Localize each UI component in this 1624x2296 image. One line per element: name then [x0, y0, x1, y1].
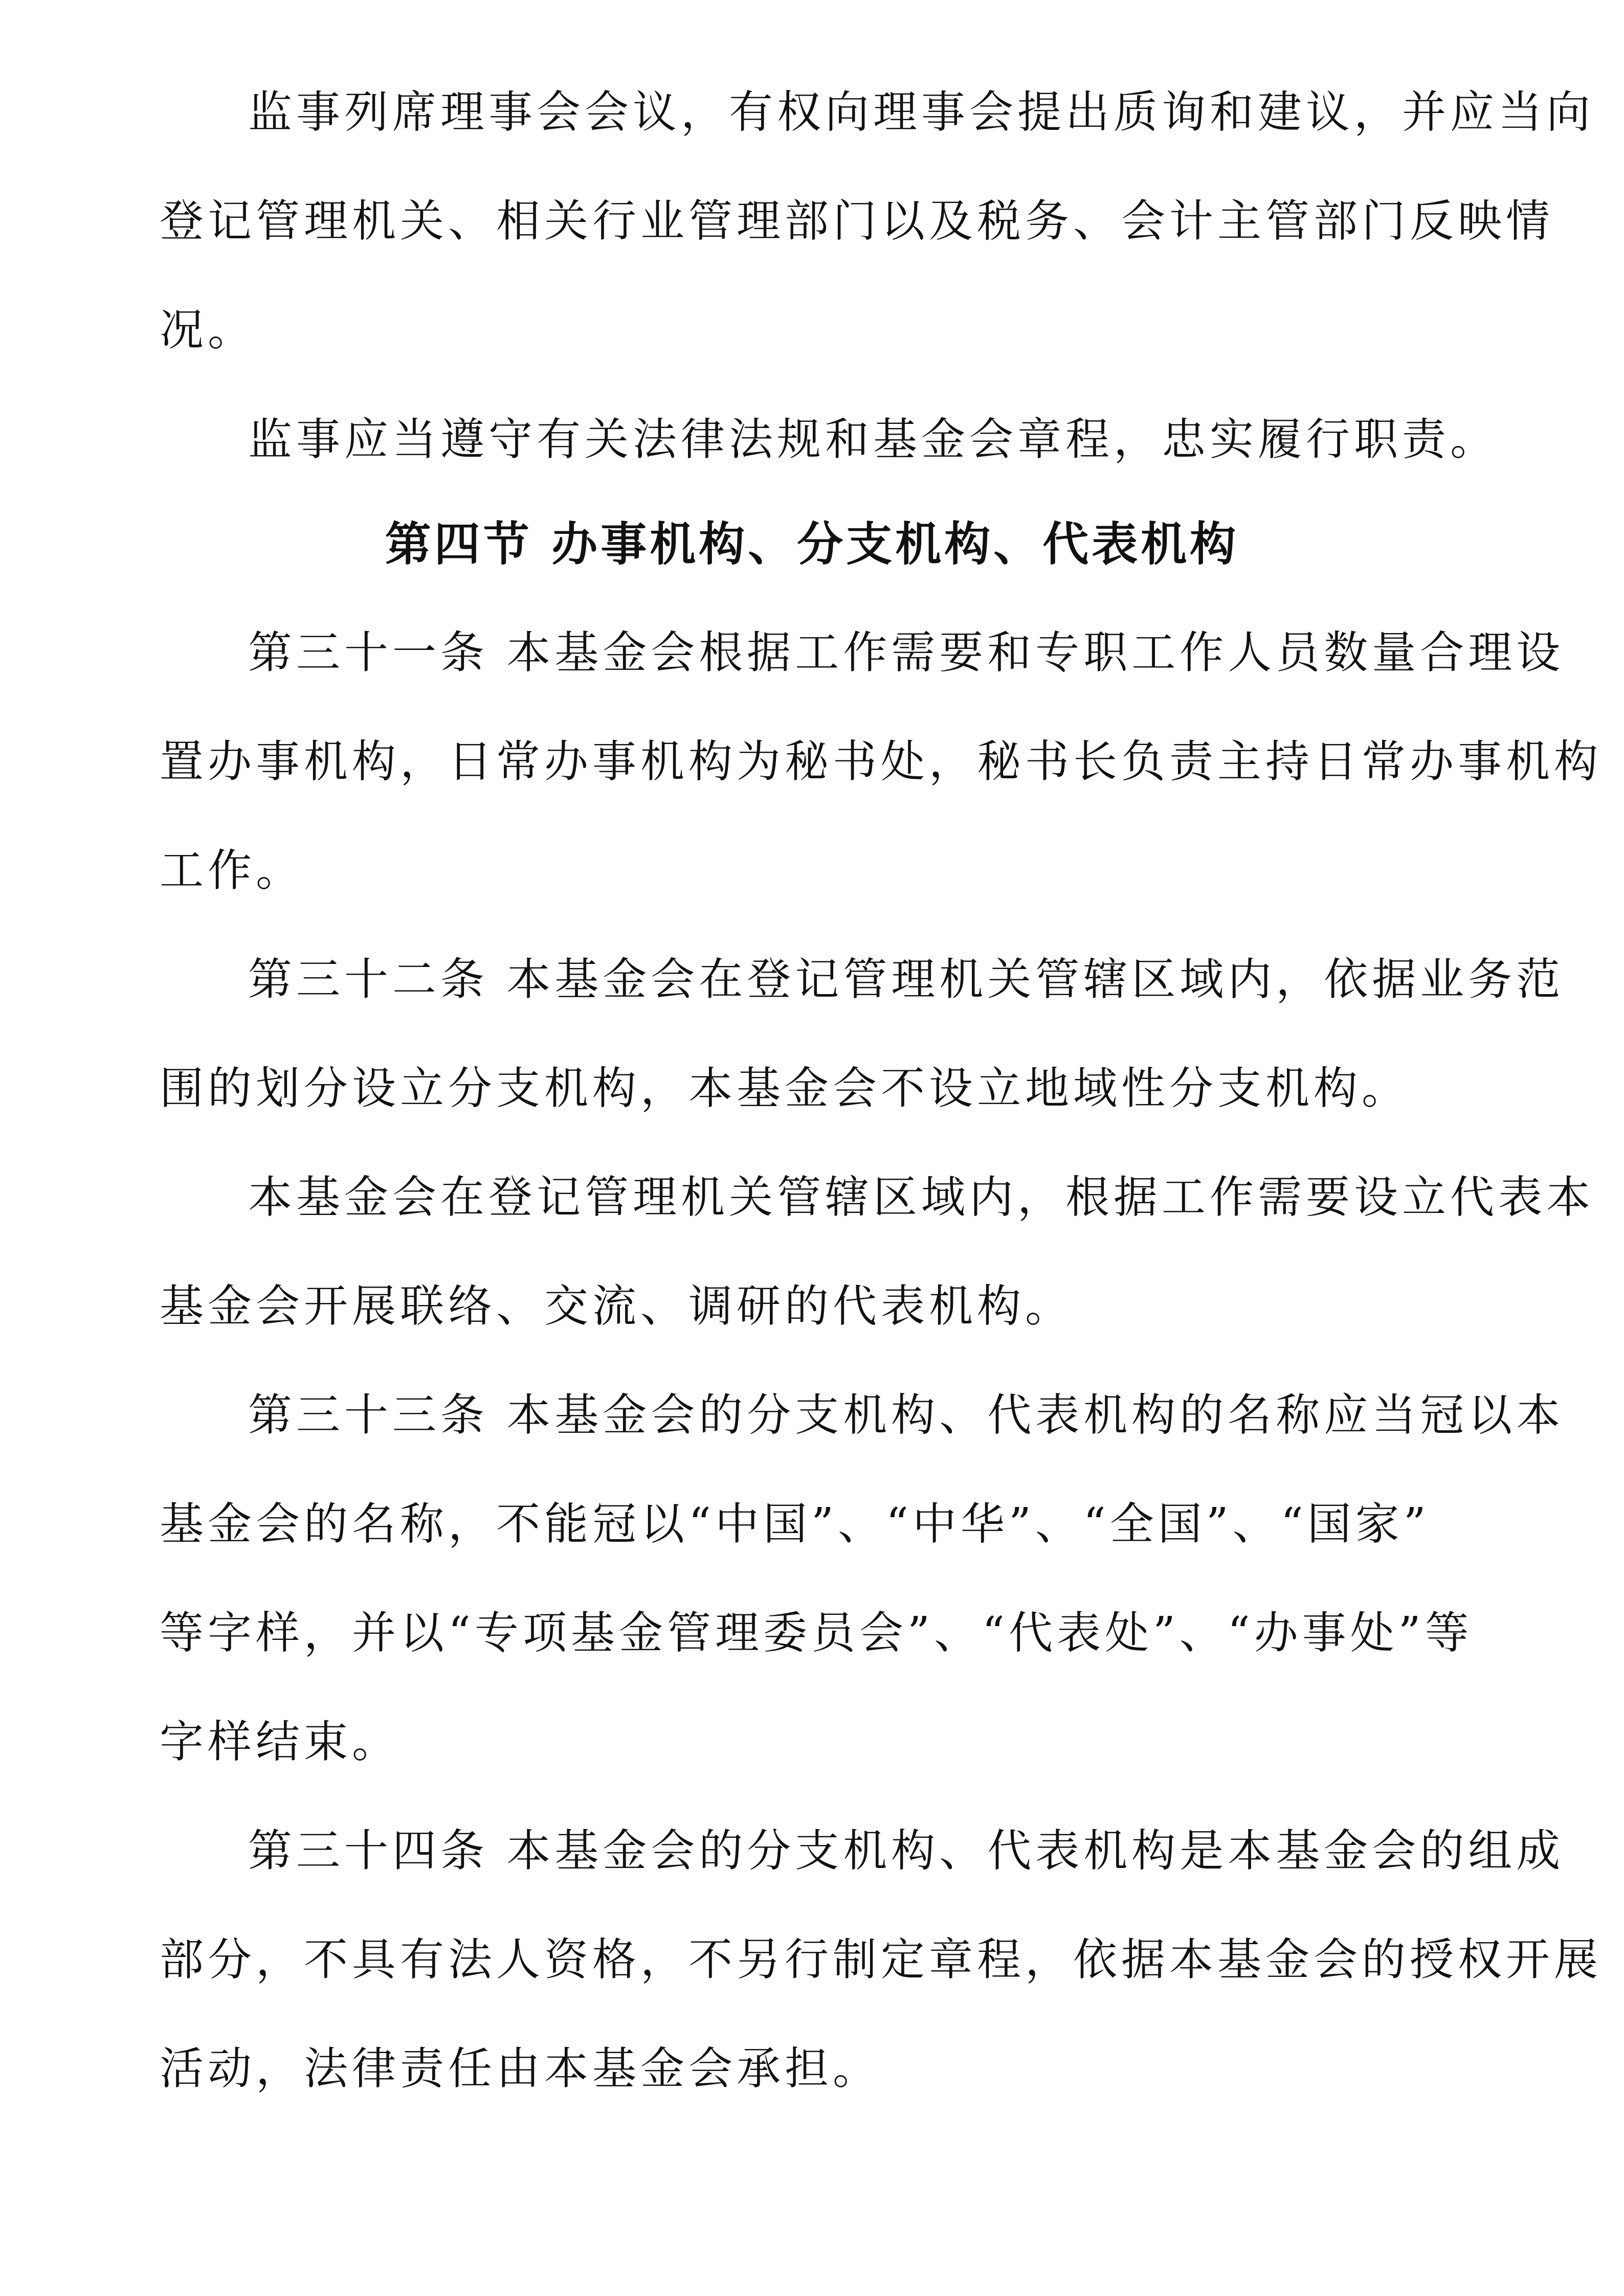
paragraph-line: 登记管理机关、相关行业管理部门以及税务、会计主管部门反映情: [160, 196, 1554, 247]
article-31-line: 置办事机构，日常办事机构为秘书处，秘书长负责主持日常办事机构: [160, 736, 1602, 787]
article-31-line: 第三十一条 本基金会根据工作需要和专职工作人员数量合理设: [248, 627, 1564, 679]
paragraph-line: 况。: [160, 305, 256, 356]
article-34-line: 部分，不具有法人资格，不另行制定章程，依据本基金会的授权开展: [160, 1934, 1602, 1986]
article-33-line: 基金会的名称，不能冠以“中国”、“中华”、“全国”、“国家”: [160, 1499, 1430, 1550]
article-33-line: 第三十三条 本基金会的分支机构、代表机构的名称应当冠以本: [248, 1390, 1564, 1441]
section-heading: 第四节 办事机构、分支机构、代表机构: [0, 516, 1624, 573]
article-33-line: 等字样，并以“专项基金管理委员会”、“代表处”、“办事处”等: [160, 1608, 1473, 1659]
paragraph-line: 监事列席理事会会议，有权向理事会提出质询和建议，并应当向: [248, 87, 1594, 138]
article-31-line: 工作。: [160, 845, 304, 896]
article-34-line: 第三十四条 本基金会的分支机构、代表机构是本基金会的组成: [248, 1826, 1564, 1877]
article-34-line: 活动，法律责任由本基金会承担。: [160, 2043, 881, 2095]
article-32-line: 基金会开展联络、交流、调研的代表机构。: [160, 1281, 1073, 1332]
article-32-line: 围的划分设立分支机构，本基金会不设立地域性分支机构。: [160, 1063, 1410, 1114]
article-32-line: 第三十二条 本基金会在登记管理机关管辖区域内，依据业务范: [248, 954, 1564, 1005]
paragraph-line: 监事应当遵守有关法律法规和基金会章程，忠实履行职责。: [248, 414, 1498, 465]
article-32-line: 本基金会在登记管理机关管辖区域内，根据工作需要设立代表本: [248, 1172, 1594, 1223]
article-33-line: 字样结束。: [160, 1717, 400, 1768]
